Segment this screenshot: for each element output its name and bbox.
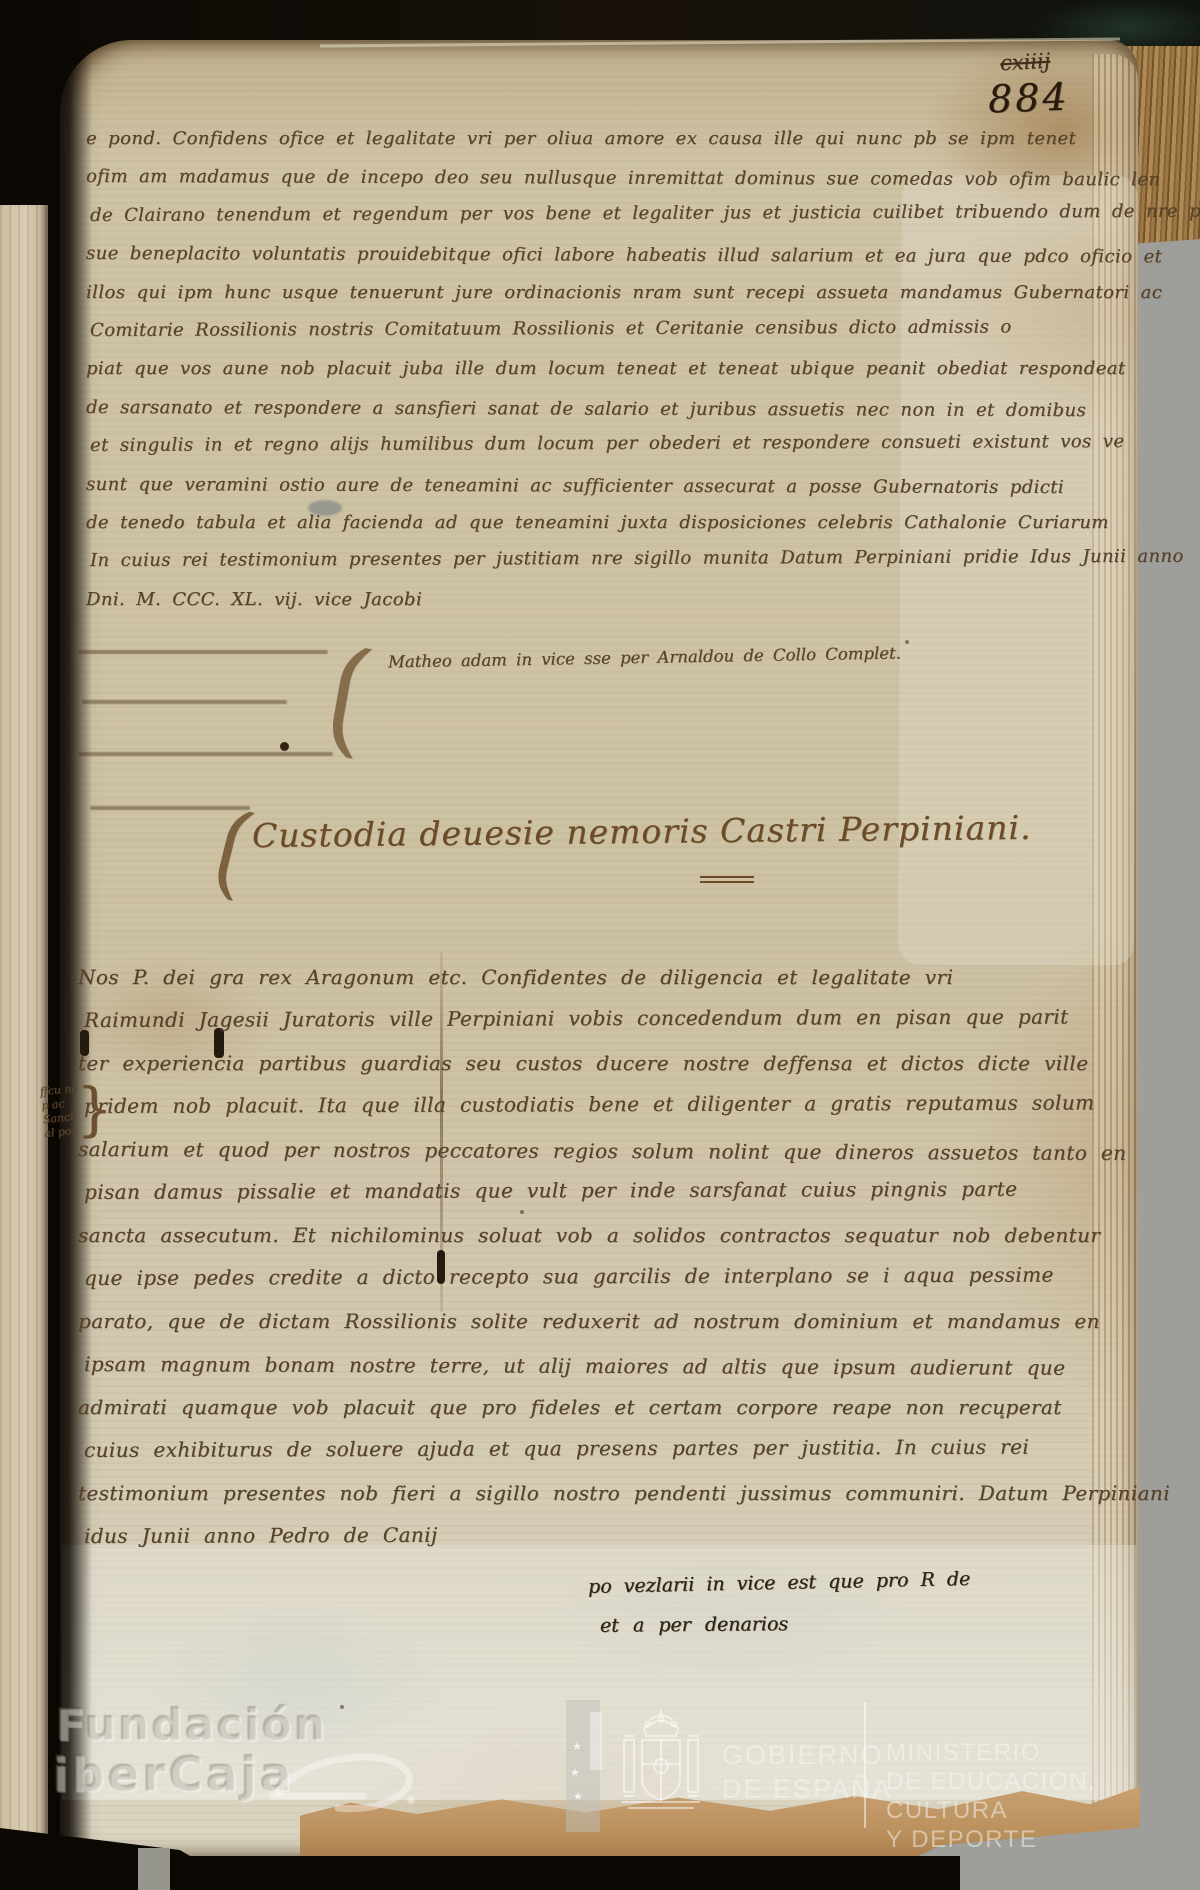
ministerio-line2: DE EDUCACIÓN, CULTURA [886, 1767, 1200, 1825]
manuscript-line: testimonium presentes nob fieri a sigill… [78, 1472, 1103, 1515]
speck [905, 640, 909, 644]
ministerio-line3: Y DEPORTE [886, 1825, 1200, 1854]
gobierno-line2: DE ESPAÑA [722, 1772, 893, 1806]
logo-flag-notch [590, 1712, 602, 1770]
manuscript-line: piat que vos aune nob placuit juba ille … [86, 350, 1071, 388]
manuscript-line: cuius exhibiturus de soluere ajuda et qu… [84, 1425, 1103, 1472]
ibercaja-logo-icon [268, 1738, 428, 1833]
ministerio-watermark: MINISTERIO DE EDUCACIÓN, CULTURA Y DEPOR… [886, 1738, 1200, 1854]
watermark-divider [864, 1702, 866, 1828]
manuscript-line: pridem nob placuit. Ita que illa custodi… [84, 1081, 1103, 1128]
closing-note-line-2: et a per denarios [600, 1613, 788, 1637]
section-heading: Custodia deuesie nemoris Castri Perpinia… [252, 808, 1032, 855]
manuscript-line: sunt que veramini ostio aure de teneamin… [86, 466, 1071, 508]
ibercaja-watermark-line2: iberCaja [52, 1748, 295, 1803]
manuscript-line: Comitarie Rossilionis nostris Comitatuum… [90, 308, 1071, 350]
text-block-2: Nos P. dei gra rex Aragonum etc. Confide… [78, 956, 1103, 1558]
manuscript-line: ter experiencia partibus guardias seu cu… [78, 1042, 1103, 1085]
manuscript-line: In cuius rei testimonium presentes per j… [90, 539, 1071, 581]
manuscript-line: Raimundi Jagesii Juratoris ville Perpini… [84, 995, 1103, 1042]
manuscript-line: de Clairano tenendum et regendum per vos… [90, 193, 1071, 235]
manuscript-scan: cxiiij 884 e pond. Confidens ofice et le… [0, 0, 1200, 1890]
manuscript-line: e pond. Confidens ofice et legalitate vr… [86, 120, 1071, 158]
ink-bleed-mark [78, 650, 328, 654]
star-icon: ★ [572, 1740, 582, 1753]
manuscript-line: pisan damus pissalie et mandatis que vul… [84, 1167, 1103, 1214]
manuscript-line: Nos P. dei gra rex Aragonum etc. Confide… [78, 956, 1103, 999]
manuscript-line: de tenedo tabula et alia facienda ad que… [86, 504, 1071, 542]
manuscript-line: illos qui ipm hunc usque tenuerunt jure … [86, 274, 1071, 312]
binding-gutter-shadow [40, 40, 92, 1856]
manuscript-line: Dni. M. CCC. XL. vij. vice Jacobi [86, 581, 1071, 619]
manuscript-line: admirati quamque vob placuit que pro fid… [78, 1386, 1103, 1429]
ministerio-line1: MINISTERIO [886, 1738, 1200, 1767]
margin-brace-icon: } [76, 1080, 113, 1138]
grey-backing-card [1136, 228, 1200, 1890]
manuscript-line: parato, que de dictam Rossilionis solite… [78, 1300, 1103, 1343]
struck-folio-numeral: cxiiij [999, 49, 1050, 76]
manuscript-line: ipsam magnum bonam nostre terre, ut alij… [84, 1343, 1103, 1390]
grey-tab [138, 1848, 170, 1890]
heading-underline [700, 876, 754, 878]
manuscript-line: sancta assecutum. Et nichilominus soluat… [78, 1214, 1103, 1257]
ink-dot [280, 742, 289, 751]
star-icon: ★ [570, 1766, 580, 1779]
folio-number: 884 [987, 75, 1070, 122]
manuscript-line: idus Junii anno Pedro de Canij [84, 1511, 1103, 1558]
gobierno-watermark: GOBIERNO DE ESPAÑA [722, 1738, 893, 1806]
manuscript-line: sue beneplacito voluntatis prouidebitque… [86, 235, 1071, 277]
speck [340, 1705, 344, 1709]
spain-coat-of-arms-icon [612, 1706, 710, 1818]
manuscript-line: et singulis in et regno alijs humilibus … [90, 423, 1071, 465]
text-block-1: e pond. Confidens ofice et legalitate vr… [86, 120, 1071, 619]
gobierno-line1: GOBIERNO [722, 1738, 893, 1772]
ink-bleed-mark [78, 752, 333, 756]
manuscript-line: que ipse pedes credite a dicto recepto s… [84, 1253, 1103, 1300]
ink-bleed-mark [82, 700, 287, 704]
star-icon: ★ [573, 1790, 583, 1803]
